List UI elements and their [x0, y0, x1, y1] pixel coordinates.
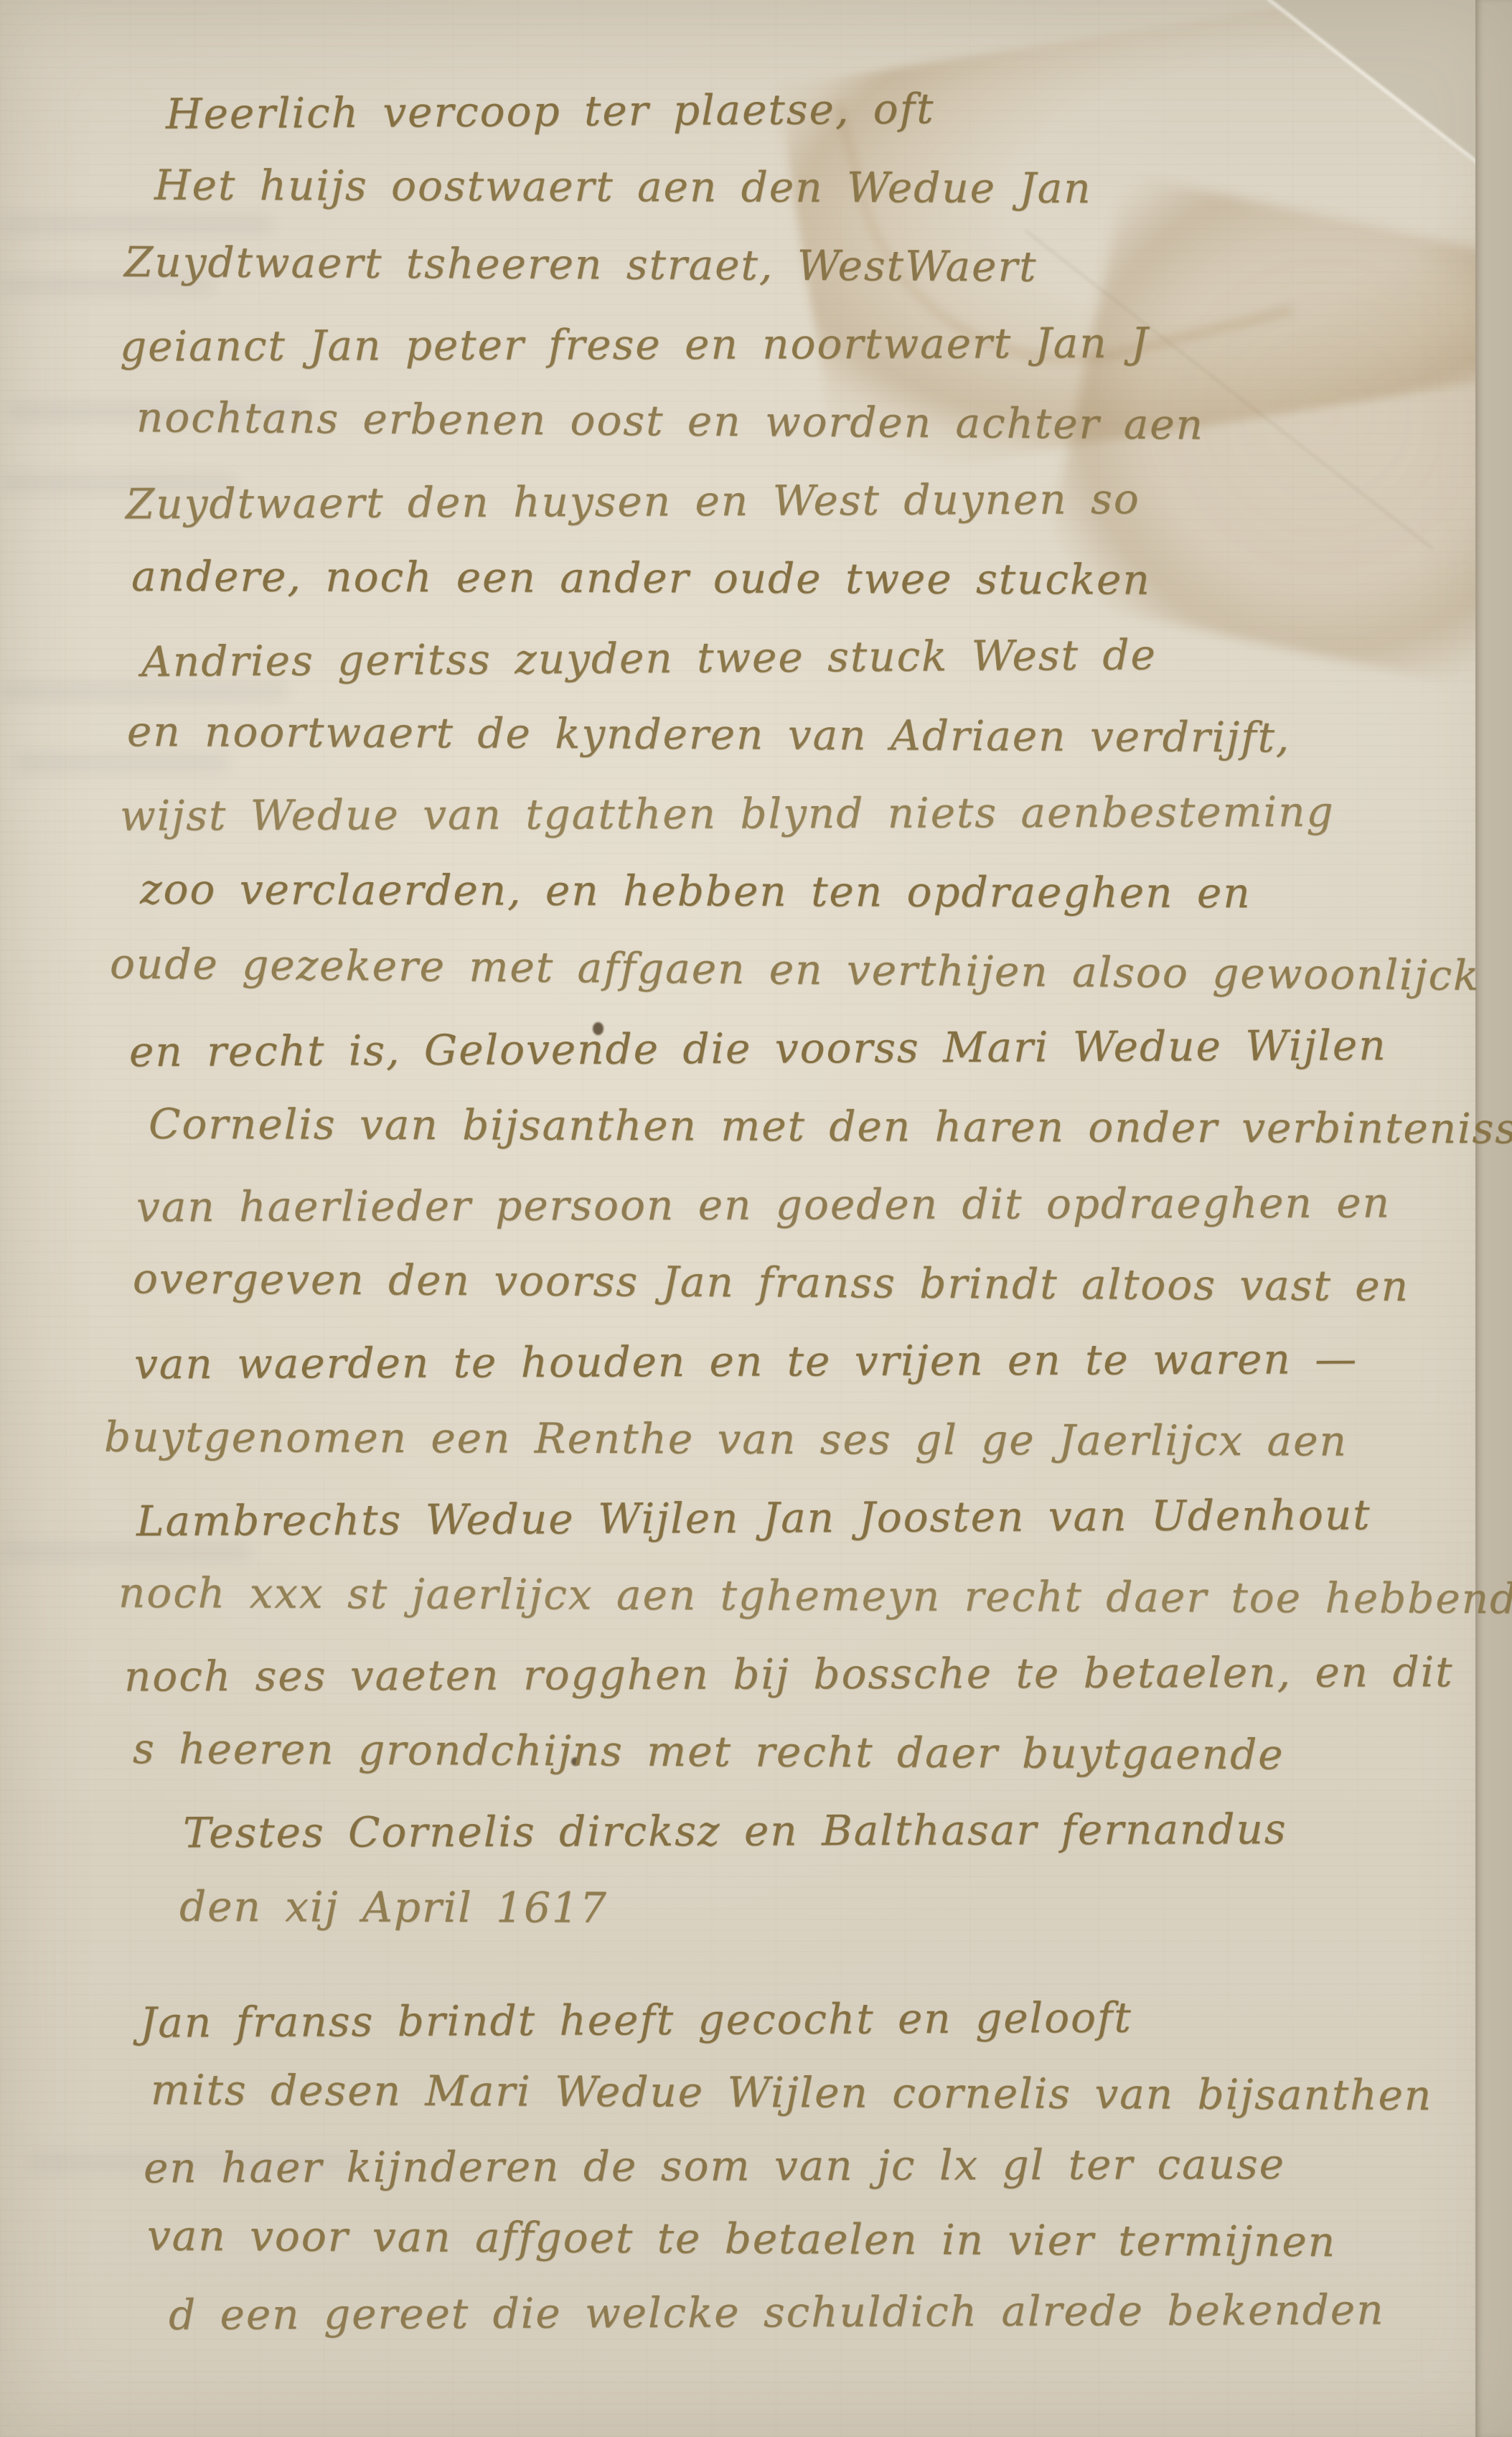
manuscript-line: Testes Cornelis dircksz en Balthasar fer…: [183, 1790, 1512, 1873]
manuscript-line: Heerlich vercoop ter plaetse, oft: [166, 65, 1512, 153]
manuscript-line: Zuydtwaert den huysen en West duynen so: [126, 458, 1512, 543]
manuscript-line: Lambrechts Wedue Wijlen Jan Joosten van …: [136, 1475, 1512, 1561]
manuscript-line: andere, noch een ander oude twee stucken: [131, 538, 1512, 621]
manuscript-line: Cornelis van bijsanthen met den haren on…: [149, 1085, 1512, 1169]
manuscript-line: Andries geritss zuyden twee stuck West d…: [141, 613, 1512, 701]
manuscript-line: s heeren grondchijns met recht daer buyt…: [133, 1710, 1512, 1795]
deed-paragraph: Heerlich vercoop ter plaetse, oftHet hui…: [161, 70, 1512, 1948]
manuscript-line: noch ses vaeten rogghen bij bossche te b…: [124, 1633, 1512, 1716]
manuscript-line: van waerden te houden en te vrijen en te…: [134, 1319, 1512, 1404]
obligation-paragraph: Jan franss brindt heeft gecocht en geloo…: [161, 1983, 1432, 2349]
manuscript-line: den xij April 1617: [179, 1868, 1512, 1951]
manuscript-line: Jan franss brindt heeft gecocht en geloo…: [140, 1979, 1433, 2059]
manuscript-line: van voor van affgoet te betaelen in vier…: [147, 2199, 1433, 2278]
manuscript-line: en noortwaert de kynderen van Adriaen ve…: [127, 693, 1512, 778]
manuscript-line: d een gereet die welcke schuldich alrede…: [169, 2273, 1433, 2352]
manuscript-line: noch xxx st jaerlijcx aen tghemeyn recht…: [118, 1554, 1512, 1639]
manuscript-line: oude gezekere met affgaen en verthijen a…: [110, 925, 1512, 1015]
manuscript-line: Het huijs oostwaert aen den Wedue Jan: [154, 146, 1512, 230]
manuscript-line: en recht is, Gelovende die voorss Mari W…: [129, 1006, 1512, 1091]
manuscript-line: van haerlieder persoon en goeden dit opd…: [136, 1164, 1512, 1247]
manuscript-line: Zuydtwaert tsheeren straet, WestWaert: [124, 223, 1512, 309]
manuscript-page: Heerlich vercoop ter plaetse, oftHet hui…: [0, 0, 1512, 2437]
manuscript-line: wijst Wedue van tgatthen blynd niets aen…: [120, 772, 1512, 856]
manuscript-line: overgeven den voorss Jan franss brindt a…: [133, 1240, 1512, 1327]
manuscript-line: mits desen Mari Wedue Wijlen cornelis va…: [151, 2053, 1433, 2132]
manuscript-line: zoo verclaerden, en hebben ten opdraeghe…: [140, 851, 1512, 934]
manuscript-line: geianct Jan peter frese en noortwaert Ja…: [120, 303, 1512, 386]
manuscript-line: nochtans erbenen oost en worden achter a…: [136, 378, 1512, 467]
manuscript-line: en haer kijnderen de som van jc lx gl te…: [144, 2127, 1433, 2204]
manuscript-line: buytgenomen een Renthe van ses gl ge Jae…: [104, 1398, 1512, 1481]
